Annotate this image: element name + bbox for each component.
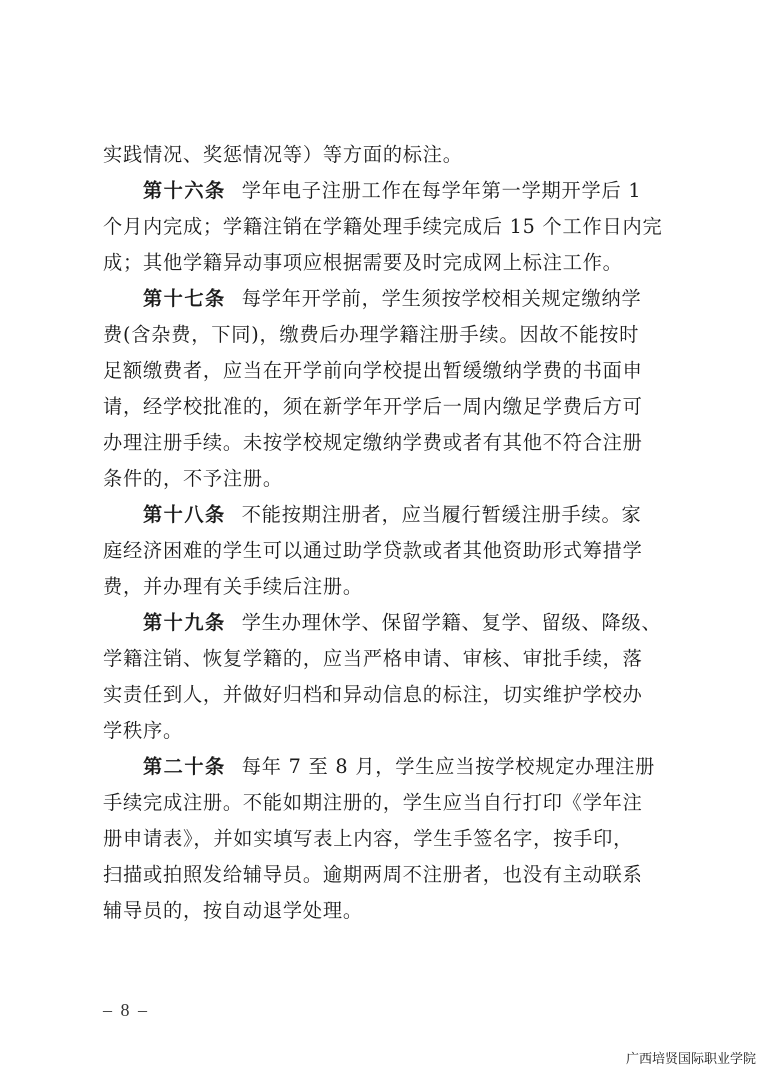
paragraph-line: 扫描或拍照发给辅导员。逾期两周不注册者，也没有主动联系 [103, 857, 665, 893]
paragraph-line: 学籍注销、恢复学籍的，应当严格申请、审核、审批手续，落 [103, 641, 665, 677]
paragraph-line: 辅导员的，按自动退学处理。 [103, 893, 665, 929]
paragraph-line: 实践情况、奖惩情况等）等方面的标注。 [103, 137, 665, 173]
paragraph-line: 请，经学校批准的，须在新学年开学后一周内缴足学费后方可 [103, 389, 665, 425]
paragraph-text: 每年 7 至 8 月，学生应当按学校规定办理注册 [242, 755, 655, 778]
paragraph-text: 学生办理休学、保留学籍、复学、留级、降级、 [242, 611, 662, 634]
paragraph-line: 学秩序。 [103, 713, 665, 749]
article-title: 第十九条 [143, 611, 226, 634]
article-18-first-line: 第十八条不能按期注册者，应当履行暂缓注册手续。家 [103, 497, 665, 533]
paragraph-line: 足额缴费者，应当在开学前向学校提出暂缓缴纳学费的书面申 [103, 353, 665, 389]
article-title: 第十八条 [143, 503, 226, 526]
paragraph-text: 每学年开学前，学生须按学校相关规定缴纳学 [242, 287, 642, 310]
article-17-first-line: 第十七条每学年开学前，学生须按学校相关规定缴纳学 [103, 281, 665, 317]
paragraph-line: 费，并办理有关手续后注册。 [103, 569, 665, 605]
paragraph-line: 条件的，不予注册。 [103, 461, 665, 497]
paragraph-line: 个月内完成；学籍注销在学籍处理手续完成后 15 个工作日内完 [103, 209, 665, 245]
paragraph-line: 庭经济困难的学生可以通过助学贷款或者其他资助形式筹措学 [103, 533, 665, 569]
paragraph-text: 不能按期注册者，应当履行暂缓注册手续。家 [242, 503, 642, 526]
organization-watermark: 广西培贤国际职业学院 [626, 1048, 756, 1067]
paragraph-line: 实责任到人，并做好归档和异动信息的标注，切实维护学校办 [103, 677, 665, 713]
paragraph-text: 学年电子注册工作在每学年第一学期开学后 1 [242, 179, 642, 202]
paragraph-line: 办理注册手续。未按学校规定缴纳学费或者有其他不符合注册 [103, 425, 665, 461]
paragraph-line: 手续完成注册。不能如期注册的，学生应当自行打印《学年注 [103, 785, 665, 821]
article-title: 第二十条 [143, 755, 226, 778]
paragraph-line: 成；其他学籍异动事项应根据需要及时完成网上标注工作。 [103, 245, 665, 281]
article-20-first-line: 第二十条每年 7 至 8 月，学生应当按学校规定办理注册 [103, 749, 665, 785]
paragraph-line: 册申请表》，并如实填写表上内容，学生手签名字，按手印， [103, 821, 665, 857]
article-19-first-line: 第十九条学生办理休学、保留学籍、复学、留级、降级、 [103, 605, 665, 641]
article-16-first-line: 第十六条学年电子注册工作在每学年第一学期开学后 1 [103, 173, 665, 209]
document-body: 实践情况、奖惩情况等）等方面的标注。 第十六条学年电子注册工作在每学年第一学期开… [103, 137, 665, 929]
article-title: 第十六条 [143, 179, 226, 202]
page-number: – 8 – [103, 1000, 149, 1021]
article-title: 第十七条 [143, 287, 226, 310]
paragraph-line: 费(含杂费，下同)，缴费后办理学籍注册手续。因故不能按时 [103, 317, 665, 353]
